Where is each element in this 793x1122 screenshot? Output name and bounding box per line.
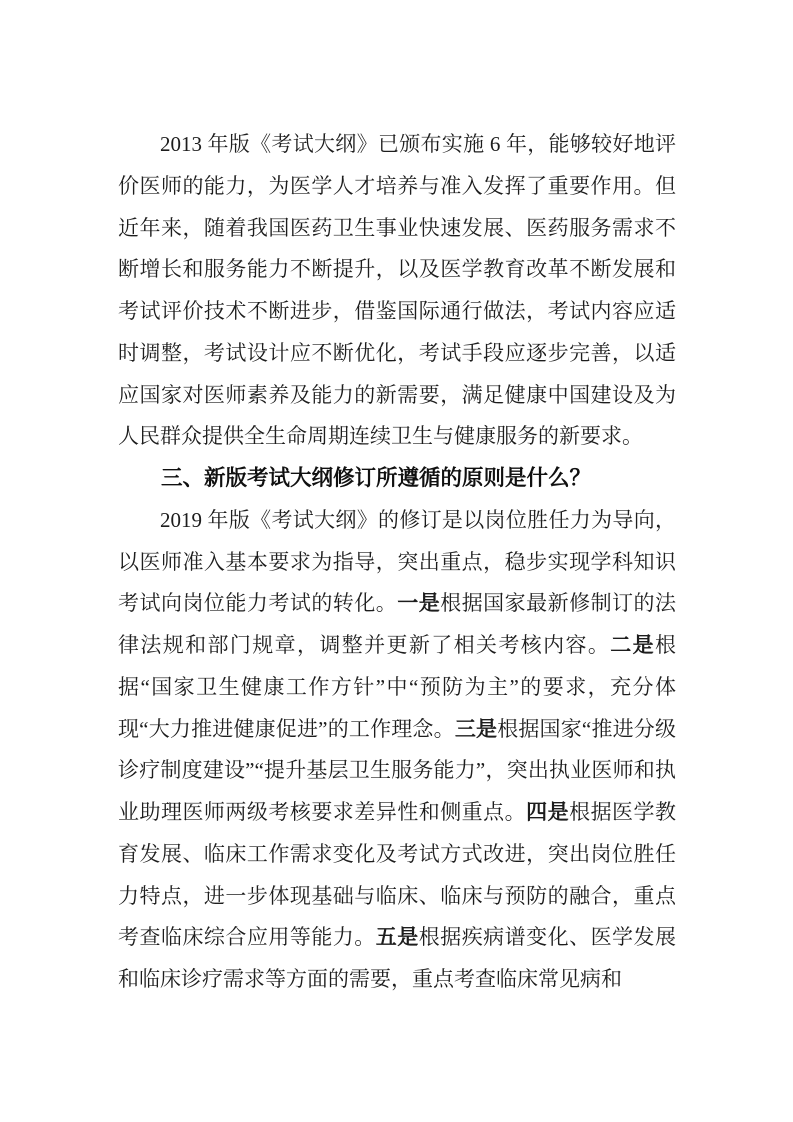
paragraph-2019-revision: 2019 年版《考试大纲》的修订是以岗位胜任力为导向，以医师准入基本要求为指导，… [118,500,676,1001]
run-point-3-label: 三是 [455,717,497,741]
run-point-5-label: 五是 [376,925,419,949]
paragraph-2013-outline: 2013 年版《考试大纲》已颁布实施 6 年，能够较好地评价医师的能力，为医学人… [118,124,676,458]
section-3-heading: 三、新版考试大纲修订所遵循的原则是什么？ [118,458,676,500]
run-point-2-label: 二是 [610,633,655,657]
document-page: 2013 年版《考试大纲》已颁布实施 6 年，能够较好地评价医师的能力，为医学人… [0,0,793,1122]
document-content: 2013 年版《考试大纲》已颁布实施 6 年，能够较好地评价医师的能力，为医学人… [118,124,676,1001]
run-point-1-label: 一是 [397,591,440,615]
run-point-4-label: 四是 [526,800,569,824]
